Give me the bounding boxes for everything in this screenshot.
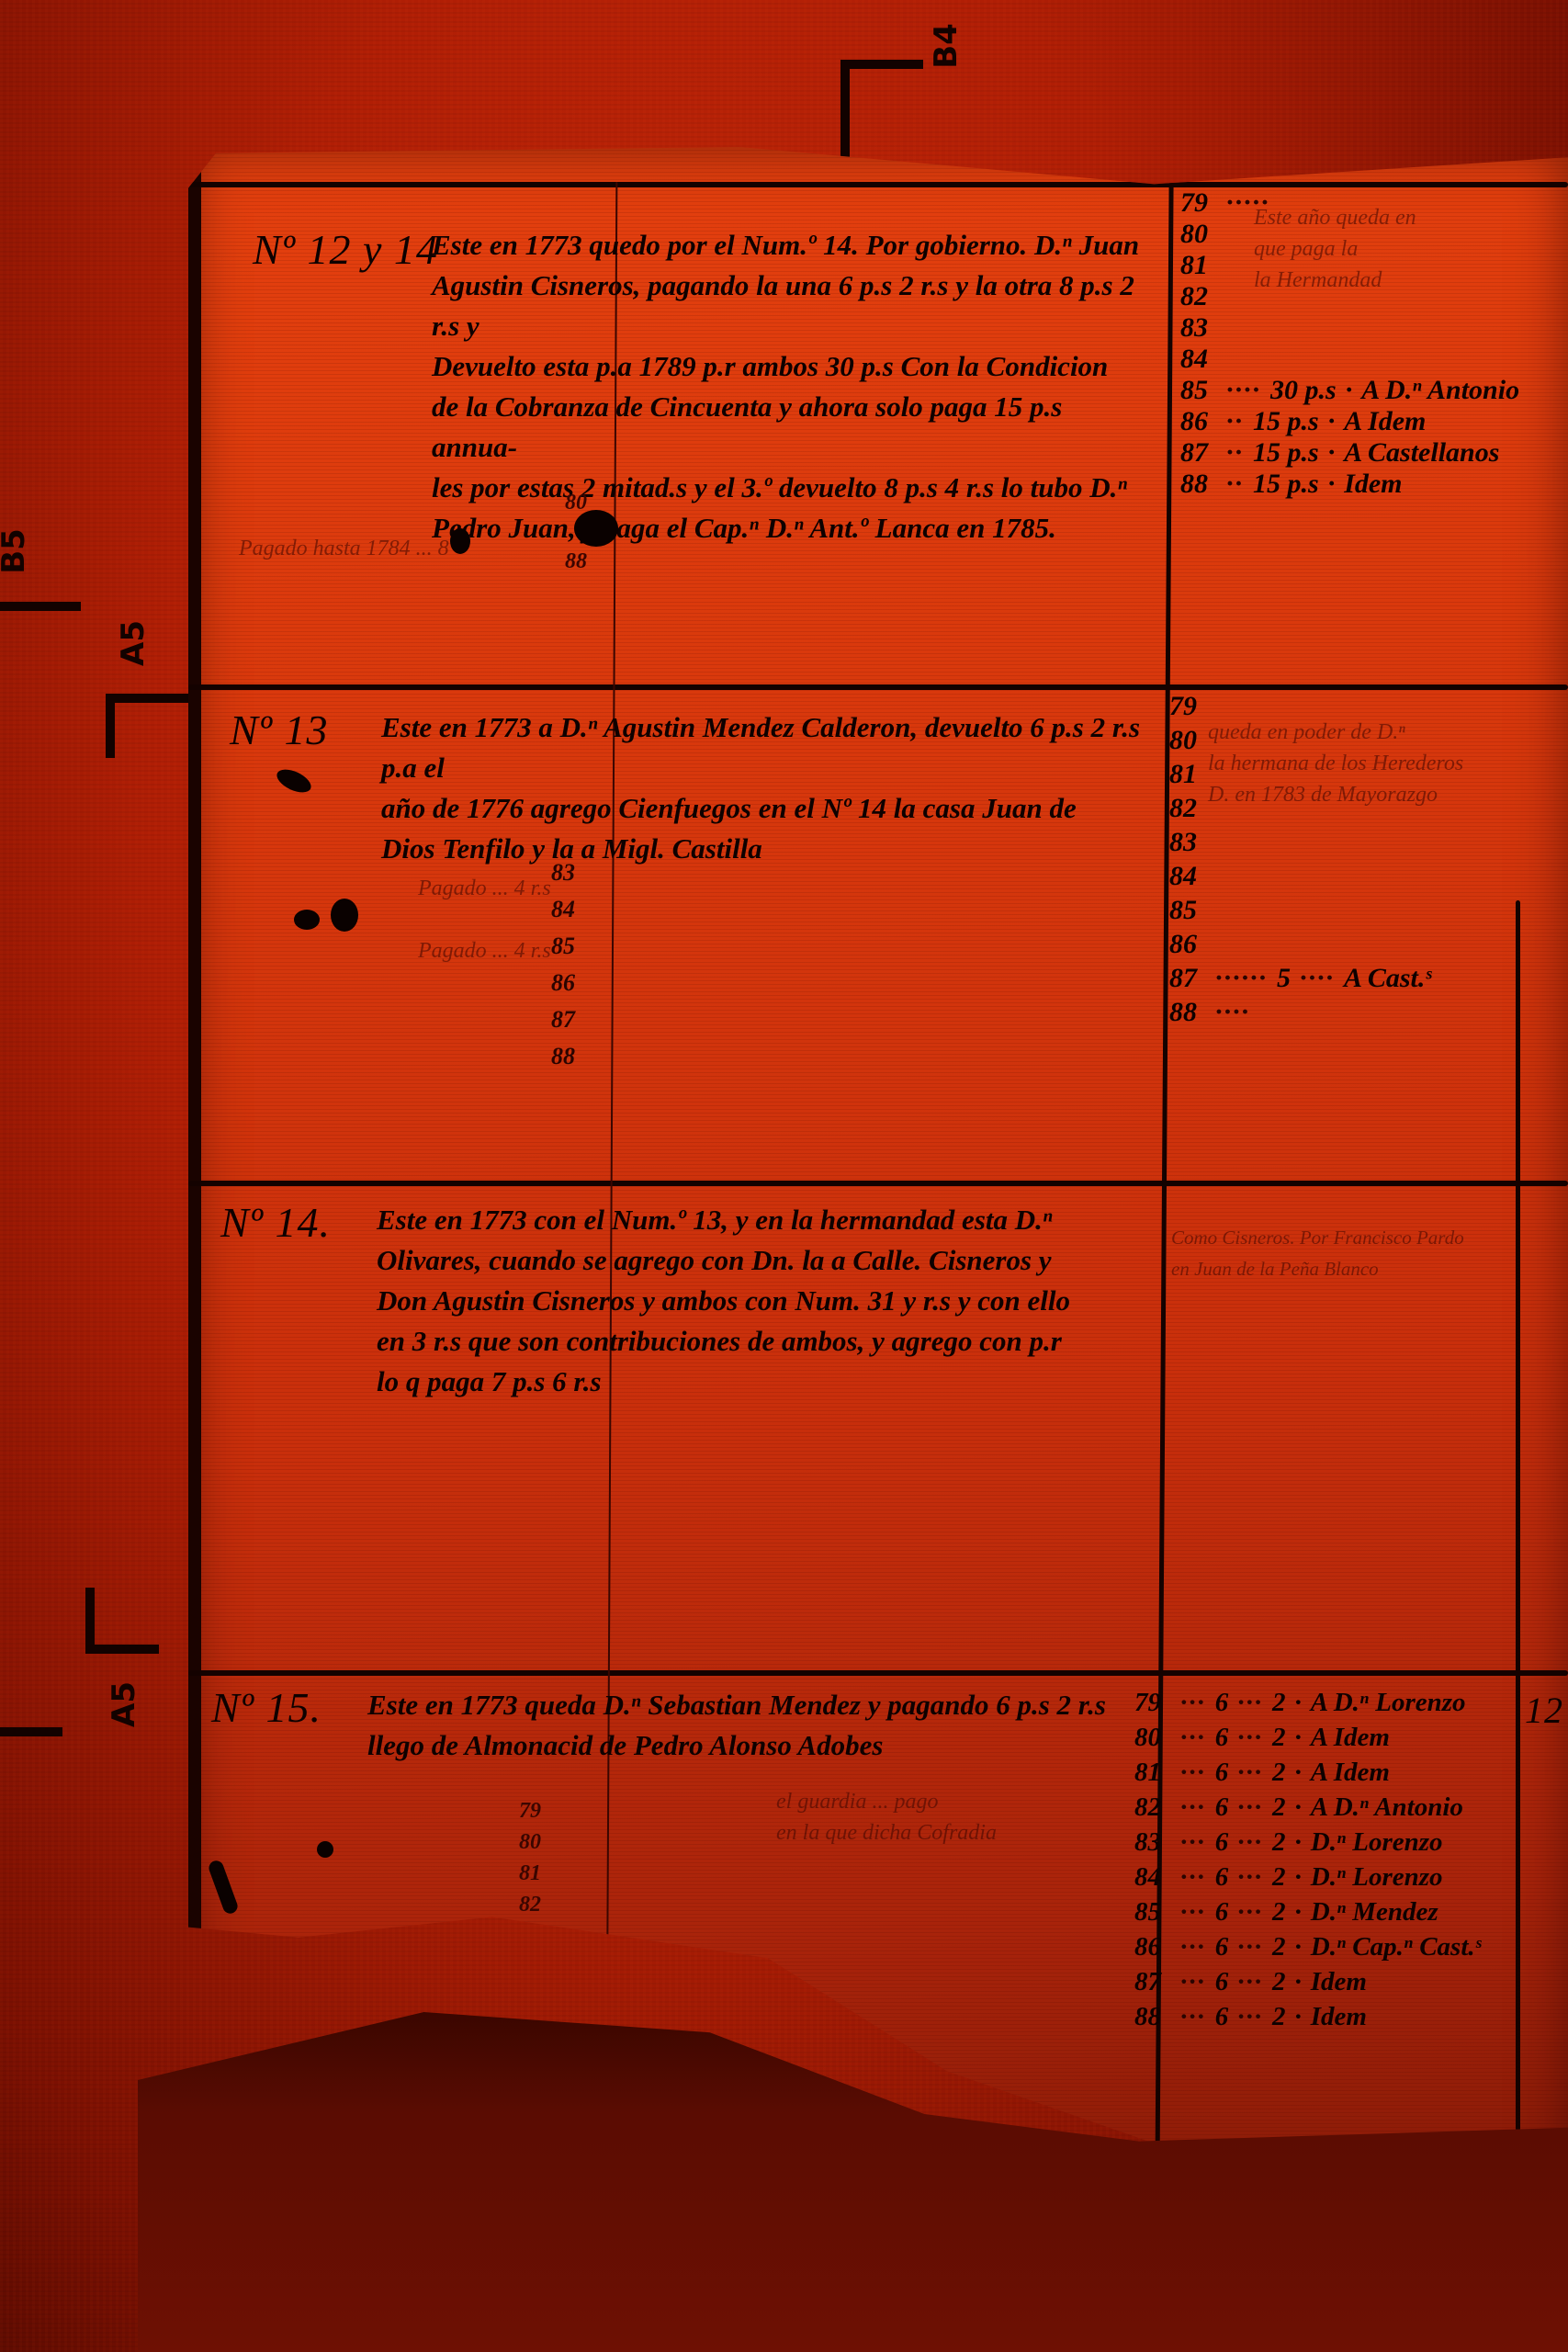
faint-note-right: el guardia ... pago en la que dicha Cofr… <box>776 1786 997 1849</box>
ledger-row: 87···6···2·Idem <box>1134 1964 1481 1999</box>
ledger-row: 84 <box>1180 344 1519 375</box>
ledger-row: 88···· <box>1169 995 1431 1029</box>
crop-mark-label-left-a5: A5 <box>115 620 152 666</box>
entry-text: Este en 1773 con el Num.º 13, y en la he… <box>377 1200 1167 1402</box>
ledger-row: 86 <box>1169 927 1431 961</box>
faint-note-right: Como Cisneros. Por Francisco Pardo en Ju… <box>1171 1222 1464 1284</box>
ledger-row: 79 <box>1169 689 1431 723</box>
ledger-row: 83···6···2·D.ⁿ Lorenzo <box>1134 1825 1481 1860</box>
rule-section-3 <box>188 1181 1568 1186</box>
ledger-row: 82 <box>1180 281 1519 312</box>
ledger-row: 79···6···2·A D.ⁿ Lorenzo <box>1134 1685 1481 1720</box>
entry-number: Nº 14. <box>220 1198 331 1247</box>
ink-blot <box>450 528 470 554</box>
ledger-row: 84···6···2·D.ⁿ Lorenzo <box>1134 1860 1481 1894</box>
ledger-row: 84 <box>1169 859 1431 893</box>
ink-blot <box>317 1841 333 1858</box>
rule-col-right <box>1516 900 1520 2187</box>
ledger-row: 87··15 p.s·A Castellanos <box>1180 437 1519 469</box>
ledger-row: 86··15 p.s·A Idem <box>1180 406 1519 437</box>
ledger-row: 79····· <box>1180 187 1519 219</box>
ledger-row: 81 <box>1169 757 1431 791</box>
ledger-row: 82 <box>1169 791 1431 825</box>
entry-text: Este en 1773 a D.ⁿ Agustin Mendez Calder… <box>381 707 1162 869</box>
margin-number: 12 <box>1525 1689 1563 1732</box>
crop-mark-top <box>840 60 923 161</box>
ledger-row: 86···6···2·D.ⁿ Cap.ⁿ Cast.ˢ <box>1134 1929 1481 1964</box>
entry-number: Nº 12 y 14 <box>253 225 438 274</box>
entry-number: Nº 13 <box>230 706 328 754</box>
faint-note-left: Pagado ... 4 r.s Pagado ... 4 r.s <box>418 873 551 967</box>
year-column-left: 83 84 85 86 87 88 <box>551 854 575 1075</box>
manuscript-page: Nº 12 y 14 Este en 1773 quedo por el Num… <box>188 147 1568 2205</box>
ledger-row: 81 <box>1180 250 1519 281</box>
ledger-row: 87······5····A Cast.ˢ <box>1169 961 1431 995</box>
ledger-row: 83 <box>1180 312 1519 344</box>
entry-text: Este en 1773 queda D.ⁿ Sebastian Mendez … <box>367 1685 1167 1766</box>
ledger-row: 85···6···2·D.ⁿ Mendez <box>1134 1894 1481 1929</box>
entry-text: Este en 1773 quedo por el Num.º 14. Por … <box>432 225 1148 548</box>
ledger-row: 80 <box>1180 219 1519 250</box>
ledger-row: 82···6···2·A D.ⁿ Antonio <box>1134 1790 1481 1825</box>
faint-note-left: Pagado hasta 1784 ... 8 <box>239 533 449 564</box>
ink-blot <box>331 899 358 932</box>
crop-mark-left-upper <box>106 694 202 758</box>
rule-section-4 <box>188 1670 1568 1676</box>
ledger-row: 88··15 p.s·Idem <box>1180 469 1519 500</box>
ledger-row: 80···6···2·A Idem <box>1134 1720 1481 1755</box>
page-edge-shadow <box>188 147 201 2205</box>
crop-mark-label-left-b5: B5 <box>0 528 32 574</box>
crop-mark-label-top: B4 <box>928 23 964 69</box>
year-column-left: 80 88 <box>565 487 587 577</box>
ledger-row: 85 <box>1169 893 1431 927</box>
payment-ledger: 79····· 80 81 82 83 84 85····30 p.s·A D.… <box>1180 187 1519 500</box>
ledger-row: 80 <box>1169 723 1431 757</box>
crop-mark-label-left-lower: A5 <box>106 1681 142 1727</box>
payment-ledger: 79···6···2·A D.ⁿ Lorenzo 80···6···2·A Id… <box>1134 1685 1481 2034</box>
ledger-row: 88···6···2·Idem <box>1134 1999 1481 2034</box>
crop-mark-left-b5-line <box>0 602 81 611</box>
entry-number: Nº 15. <box>211 1683 321 1732</box>
ledger-row: 85····30 p.s·A D.ⁿ Antonio <box>1180 375 1519 406</box>
payment-ledger: 79 80 81 82 83 84 85 86 87······5····A C… <box>1169 689 1431 1029</box>
ledger-row: 81···6···2·A Idem <box>1134 1755 1481 1790</box>
ink-blot <box>294 910 320 930</box>
ledger-row: 83 <box>1169 825 1431 859</box>
crop-mark-left-lower-line <box>0 1727 62 1736</box>
crop-mark-left-lower <box>85 1588 159 1654</box>
